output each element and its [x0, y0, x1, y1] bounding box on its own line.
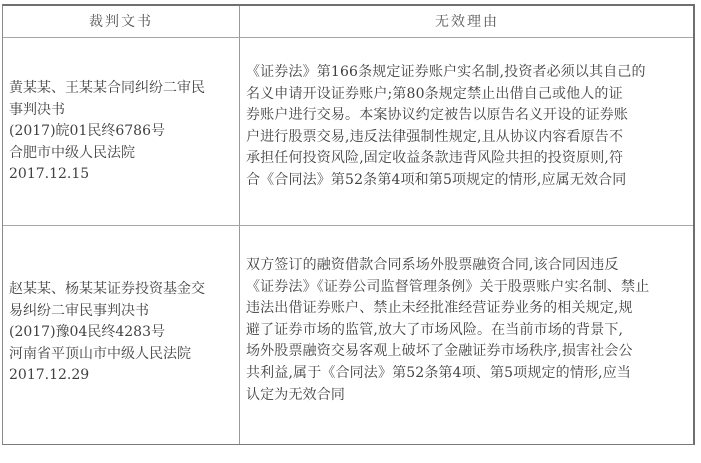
doc-line: (2017)豫04民终4283号	[9, 322, 205, 344]
reason-line: 《证券法》《证券公司监督管理条例》关于股票账户实名制、禁止	[246, 277, 649, 299]
doc-line: 河南省平顶山市中级人民法院	[9, 344, 205, 366]
reason-line: 双方签订的融资借款合同系场外股票融资合同,该合同因违反	[246, 255, 649, 277]
reason-line: 户进行股票交易,违反法律强制性规定,且从协议内容看原告不	[246, 127, 646, 149]
judgment-table: 裁判文书 无效理由 黄某某、王某某合同纠纷二审民 事判决书 (2017)皖01民…	[2, 4, 695, 445]
row1-reason: 《证券法》第166条规定证券账户实名制,投资者必须以其自己的 名义申请开设证券账…	[246, 62, 646, 192]
doc-line: 2017.12.29	[9, 365, 205, 387]
reason-line: 券账户进行交易。本案协议约定被告以原告名义开设的证券账	[246, 105, 646, 127]
row1-document: 黄某某、王某某合同纠纷二审民 事判决书 (2017)皖01民终6786号 合肥市…	[9, 78, 205, 186]
reason-line: 名义申请开设证券账户;第80条规定禁止出借自己或他人的证	[246, 84, 646, 106]
reason-line: 违法出借证券账户、禁止未经批准经营证券业务的相关规定,规	[246, 298, 649, 320]
doc-line: 2017.12.15	[9, 164, 205, 186]
doc-line: 合肥市中级人民法院	[9, 143, 205, 165]
row2-reason: 双方签订的融资借款合同系场外股票融资合同,该合同因违反 《证券法》《证券公司监督…	[246, 255, 649, 406]
doc-line: 易纠纷二审民事判决书	[9, 301, 205, 323]
doc-line: 事判决书	[9, 100, 205, 122]
reason-line: 避了证券市场的监管,放大了市场风险。在当前市场的背景下,	[246, 320, 649, 342]
row-divider	[3, 225, 693, 226]
row2-document: 赵某某、杨某某证券投资基金交 易纠纷二审民事判决书 (2017)豫04民终428…	[9, 279, 205, 387]
reason-line: 认定为无效合同	[246, 385, 649, 407]
reason-line: 承担任何投资风险,固定收益条款违背风险共担的投资原则,符	[246, 148, 646, 170]
header-invalid-reason: 无效理由	[240, 6, 694, 38]
reason-line: 《证券法》第166条规定证券账户实名制,投资者必须以其自己的	[246, 62, 646, 84]
reason-line: 场外股票融资交易客观上破坏了金融证券市场秩序,损害社会公	[246, 341, 649, 363]
doc-line: 赵某某、杨某某证券投资基金交	[9, 279, 205, 301]
reason-line: 合《合同法》第52条第4项和第5项规定的情形,应属无效合同	[246, 170, 646, 192]
header-judgment-document: 裁判文书	[3, 6, 239, 38]
reason-line: 共利益,属于《合同法》第52条第4项、第5项规定的情形,应当	[246, 363, 649, 385]
doc-line: (2017)皖01民终6786号	[9, 121, 205, 143]
doc-line: 黄某某、王某某合同纠纷二审民	[9, 78, 205, 100]
